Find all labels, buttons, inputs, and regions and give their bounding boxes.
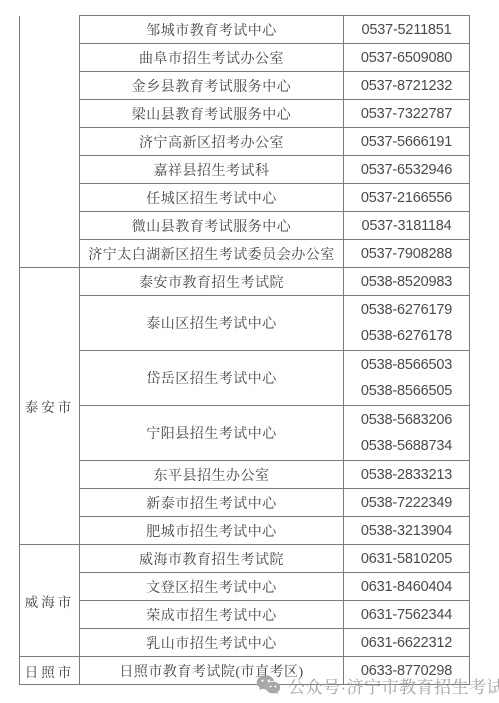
phone-number: 0538-6276179 xyxy=(344,297,469,323)
table-row: 邹城市教育考试中心 0537-5211851 xyxy=(20,16,470,44)
phone-number: 0538-2833213 xyxy=(344,461,470,489)
table-row: 东平县招生办公室 0538-2833213 xyxy=(20,461,470,489)
org-name: 济宁高新区招考办公室 xyxy=(80,128,344,156)
region-cell xyxy=(20,16,80,268)
page: 邹城市教育考试中心 0537-5211851 曲阜市招生考试办公室 0537-6… xyxy=(0,0,499,703)
phone-number: 0537-6532946 xyxy=(344,156,470,184)
table-row: 微山县教育考试服务中心 0537-3181184 xyxy=(20,212,470,240)
org-name: 泰安市教育招生考试院 xyxy=(80,268,344,296)
phone-number: 0538-3213904 xyxy=(344,517,470,545)
org-name: 东平县招生办公室 xyxy=(80,461,344,489)
org-name: 肥城市招生考试中心 xyxy=(80,517,344,545)
phone-number: 0538-6276178 xyxy=(344,323,469,349)
phone-number: 0538-8566503 xyxy=(344,352,469,378)
table-row: 梁山县教育考试服务中心 0537-7322787 xyxy=(20,100,470,128)
org-name: 嘉祥县招生考试科 xyxy=(80,156,344,184)
phone-number: 0537-6509080 xyxy=(344,44,470,72)
phone-number: 0537-8721232 xyxy=(344,72,470,100)
watermark: 公众号·济宁市教育招生考试院 xyxy=(256,672,499,698)
table-row: 任城区招生考试中心 0537-2166556 xyxy=(20,184,470,212)
phone-number: 0538-5683206 xyxy=(344,407,469,433)
table-row: 威海市 威海市教育招生考试院 0631-5810205 xyxy=(20,545,470,573)
phone-number: 0537-3181184 xyxy=(344,212,470,240)
table-row: 乳山市招生考试中心 0631-6622312 xyxy=(20,629,470,657)
org-name: 曲阜市招生考试办公室 xyxy=(80,44,344,72)
org-name: 泰山区招生考试中心 xyxy=(80,296,344,351)
phone-number: 0631-5810205 xyxy=(344,545,470,573)
org-name: 岱岳区招生考试中心 xyxy=(80,351,344,406)
org-name: 任城区招生考试中心 xyxy=(80,184,344,212)
watermark-text: 公众号·济宁市教育招生考试院 xyxy=(288,673,499,698)
table-row: 泰安市 泰安市教育招生考试院 0538-8520983 xyxy=(20,268,470,296)
table-row: 荣成市招生考试中心 0631-7562344 xyxy=(20,601,470,629)
org-name: 微山县教育考试服务中心 xyxy=(80,212,344,240)
phone-number: 0538-5688734 xyxy=(344,433,469,459)
org-name: 济宁太白湖新区招生考试委员会办公室 xyxy=(80,240,344,268)
phone-number: 0538-7222349 xyxy=(344,489,470,517)
phone-cell: 0538-8566503 0538-8566505 xyxy=(344,351,470,406)
org-name: 金乡县教育考试服务中心 xyxy=(80,72,344,100)
region-cell: 威海市 xyxy=(20,545,80,657)
table-row: 新泰市招生考试中心 0538-7222349 xyxy=(20,489,470,517)
org-name: 乳山市招生考试中心 xyxy=(80,629,344,657)
phone-number: 0537-5211851 xyxy=(344,16,470,44)
table-row: 济宁太白湖新区招生考试委员会办公室 0537-7908288 xyxy=(20,240,470,268)
phone-number: 0537-7322787 xyxy=(344,100,470,128)
phone-number: 0538-8566505 xyxy=(344,378,469,404)
phone-number: 0631-6622312 xyxy=(344,629,470,657)
wechat-icon xyxy=(256,674,281,697)
table-row: 济宁高新区招考办公室 0537-5666191 xyxy=(20,128,470,156)
table-row: 肥城市招生考试中心 0538-3213904 xyxy=(20,517,470,545)
table-row: 岱岳区招生考试中心 0538-8566503 0538-8566505 xyxy=(20,351,470,406)
table-row: 宁阳县招生考试中心 0538-5683206 0538-5688734 xyxy=(20,406,470,461)
region-cell: 日照市 xyxy=(20,657,80,685)
org-name: 邹城市教育考试中心 xyxy=(80,16,344,44)
contact-table: 邹城市教育考试中心 0537-5211851 曲阜市招生考试办公室 0537-6… xyxy=(19,15,470,685)
org-name: 荣成市招生考试中心 xyxy=(80,601,344,629)
phone-number: 0631-8460404 xyxy=(344,573,470,601)
table-row: 曲阜市招生考试办公室 0537-6509080 xyxy=(20,44,470,72)
phone-number: 0538-8520983 xyxy=(344,268,470,296)
table-row: 泰山区招生考试中心 0538-6276179 0538-6276178 xyxy=(20,296,470,351)
table-row: 嘉祥县招生考试科 0537-6532946 xyxy=(20,156,470,184)
table-row: 文登区招生考试中心 0631-8460404 xyxy=(20,573,470,601)
phone-number: 0537-2166556 xyxy=(344,184,470,212)
phone-number: 0537-7908288 xyxy=(344,240,470,268)
phone-cell: 0538-5683206 0538-5688734 xyxy=(344,406,470,461)
phone-cell: 0538-6276179 0538-6276178 xyxy=(344,296,470,351)
org-name: 新泰市招生考试中心 xyxy=(80,489,344,517)
org-name: 梁山县教育考试服务中心 xyxy=(80,100,344,128)
org-name: 宁阳县招生考试中心 xyxy=(80,406,344,461)
phone-number: 0537-5666191 xyxy=(344,128,470,156)
org-name: 文登区招生考试中心 xyxy=(80,573,344,601)
phone-number: 0631-7562344 xyxy=(344,601,470,629)
org-name: 威海市教育招生考试院 xyxy=(80,545,344,573)
region-cell: 泰安市 xyxy=(20,268,80,545)
table-row: 金乡县教育考试服务中心 0537-8721232 xyxy=(20,72,470,100)
